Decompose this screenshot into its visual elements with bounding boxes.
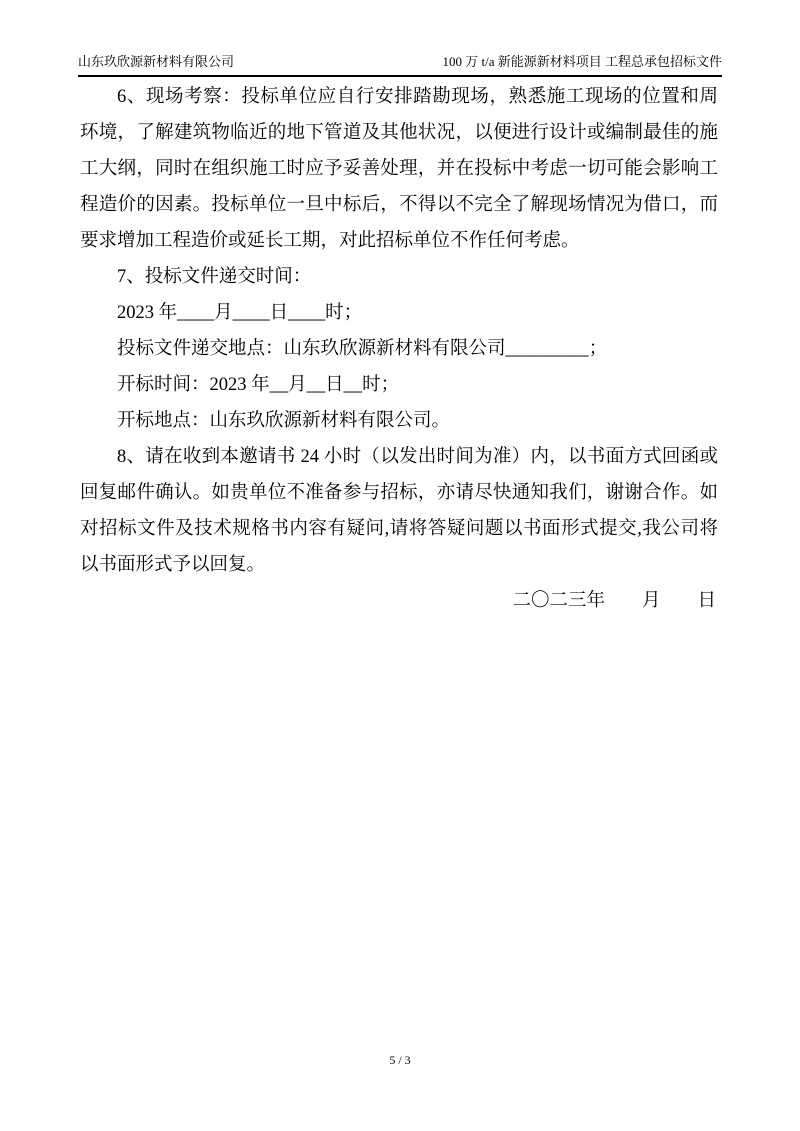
text-line: 6、现场考察：投标单位应自行安排踏勘现场，熟悉施工现场的位置和周围 — [80, 79, 718, 115]
text-line: 程造价的因素。投标单位一旦中标后，不得以不完全了解现场情况为借口，而 — [80, 187, 718, 223]
text-line: 要求增加工程造价或延长工期，对此招标单位不作任何考虑。 — [80, 223, 718, 259]
text-line: 2023 年____月____日____时； — [80, 295, 718, 331]
text-line: 7、投标文件递交时间： — [80, 259, 718, 295]
text-line: 开标时间：2023 年__月__日__时； — [80, 367, 718, 403]
text-line: 回复邮件确认。如贵单位不准备参与招标，亦请尽快通知我们，谢谢合作。如 — [80, 475, 718, 511]
text-line: 投标文件递交地点：山东玖欣源新材料有限公司_________； — [80, 331, 718, 367]
text-line: 8、请在收到本邀请书 24 小时（以发出时间为准）内，以书面方式回函或 — [80, 439, 718, 475]
date-line: 二〇二三年 月 日 — [80, 583, 718, 619]
header-document-title: 100 万 t/a 新能源新材料项目 工程总承包招标文件 — [443, 54, 723, 70]
page-footer: 5 / 3 — [0, 1050, 800, 1070]
document-page: 山东玖欣源新材料有限公司 100 万 t/a 新能源新材料项目 工程总承包招标文… — [0, 0, 800, 1131]
text-line: 工大纲，同时在组织施工时应予妥善处理，并在投标中考虑一切可能会影响工 — [80, 151, 718, 187]
text-line: 环境，了解建筑物临近的地下管道及其他状况，以便进行设计或编制最佳的施 — [80, 115, 718, 151]
page-number: 5 / 3 — [389, 1053, 410, 1067]
header-company-name: 山东玖欣源新材料有限公司 — [78, 54, 234, 70]
text-line: 以书面形式予以回复。 — [80, 547, 718, 583]
text-line: 对招标文件及技术规格书内容有疑问,请将答疑问题以书面形式提交,我公司将 — [80, 511, 718, 547]
document-body: 6、现场考察：投标单位应自行安排踏勘现场，熟悉施工现场的位置和周围环境，了解建筑… — [80, 79, 718, 619]
text-line: 开标地点：山东玖欣源新材料有限公司。 — [80, 403, 718, 439]
page-header: 山东玖欣源新材料有限公司 100 万 t/a 新能源新材料项目 工程总承包招标文… — [78, 54, 722, 77]
